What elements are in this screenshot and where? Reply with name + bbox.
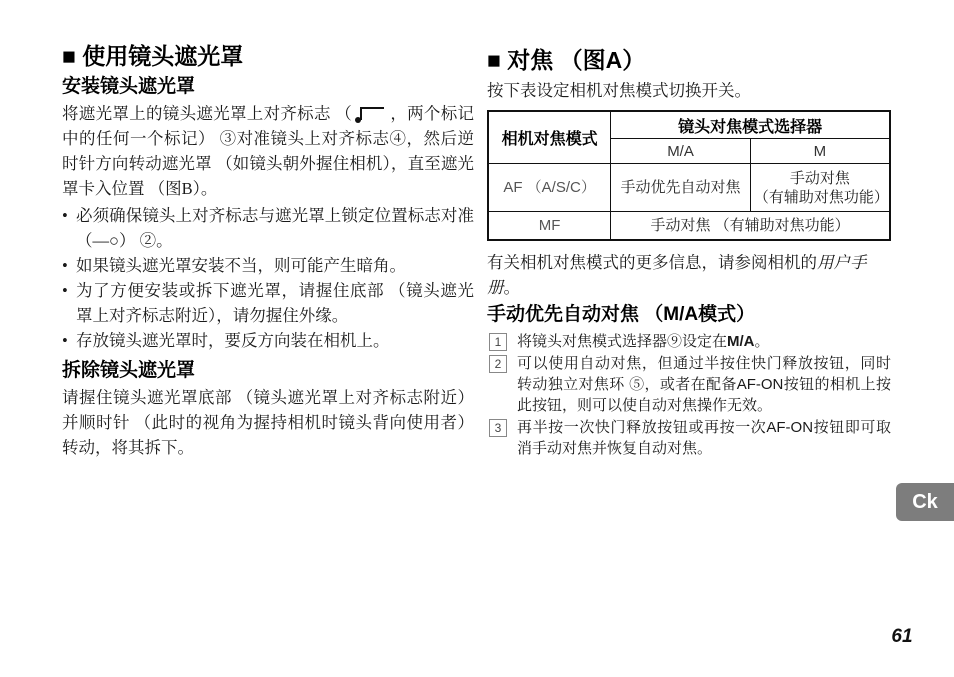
manual-page: ■ 使用镜头遮光罩 安装镜头遮光罩 将遮光罩上的镜头遮光罩上对齐标志 （，两个标… [0, 0, 954, 677]
left-column: ■ 使用镜头遮光罩 安装镜头遮光罩 将遮光罩上的镜头遮光罩上对齐标志 （，两个标… [62, 42, 474, 460]
step-text-bold: M/A [727, 333, 755, 350]
detach-paragraph: 请握住镜头遮光罩底部 （镜头遮光罩上对齐标志附近）并顺时针 （此时的视角为握持相… [62, 385, 474, 460]
bullet-icon: • [62, 253, 76, 278]
page-number: 61 [872, 626, 932, 648]
step-number-box: 3 [489, 419, 507, 437]
table-row: 相机对焦模式 镜头对焦模式选择器 [488, 111, 890, 139]
list-item: • 必须确保镜头上对齐标志与遮光罩上锁定位置标志对准 （—○） ②。 [62, 203, 474, 253]
list-item-step: 3 再半按一次快门释放按钮或再按一次AF-ON按钮即可取消手动对焦并恢复自动对焦… [487, 417, 891, 459]
focus-mode-table: 相机对焦模式 镜头对焦模式选择器 M/A M AF （A/S/C） 手动优先自动… [487, 110, 891, 241]
table-header-ma: M/A [611, 139, 751, 164]
table-header-lens-focus-selector: 镜头对焦模式选择器 [611, 111, 890, 139]
heading-detach-hood: 拆除镜头遮光罩 [62, 359, 474, 383]
table-cell-af-m-line2: （有辅助对焦功能） [754, 188, 886, 207]
heading-ma-mode: 手动优先自动对焦 （M/A模式） [487, 303, 891, 327]
table-row: MF 手动对焦 （有辅助对焦功能） [488, 212, 890, 241]
list-item: • 如果镜头遮光罩安装不当，则可能产生暗角。 [62, 253, 474, 278]
step-text-post: 。 [755, 333, 770, 350]
list-item-step: 2 可以使用自动对焦，但通过半按住快门释放按钮，同时转动独立对焦环 ⑤，或者在配… [487, 353, 891, 416]
right-column: ■ 对焦 （图A） 按下表设定相机对焦模式切换开关。 相机对焦模式 镜头对焦模式… [487, 46, 891, 460]
attach-paragraph-text-1: 将遮光罩上的镜头遮光罩上对齐标志 （ [62, 104, 352, 123]
list-item-step: 1 将镜头对焦模式选择器⑨设定在M/A。 [487, 331, 891, 352]
ma-steps-list: 1 将镜头对焦模式选择器⑨设定在M/A。 2 可以使用自动对焦，但通过半按住快门… [487, 331, 891, 459]
step-text-pre: 将镜头对焦模式选择器⑨设定在 [517, 333, 727, 350]
focus-note-text-1: 有关相机对焦模式的更多信息，请参阅相机的 [487, 253, 817, 272]
table-cell-af-m: 手动对焦 （有辅助对焦功能） [750, 164, 890, 212]
list-item: • 存放镜头遮光罩时，要反方向装在相机上。 [62, 328, 474, 353]
attach-paragraph: 将遮光罩上的镜头遮光罩上对齐标志 （，两个标记中的任何一个标记） ③对准镜头上对… [62, 101, 474, 201]
table-cell-mf-span: 手动对焦 （有辅助对焦功能） [611, 212, 890, 241]
list-item: • 为了方便安装或拆下遮光罩，请握住底部 （镜头遮光罩上对齐标志附近），请勿握住… [62, 278, 474, 328]
bullet-icon: • [62, 328, 76, 353]
step-text: 可以使用自动对焦，但通过半按住快门释放按钮，同时转动独立对焦环 ⑤，或者在配备A… [517, 353, 891, 416]
attach-notes-list: • 必须确保镜头上对齐标志与遮光罩上锁定位置标志对准 （—○） ②。 • 如果镜… [62, 203, 474, 353]
bullet-text: 存放镜头遮光罩时，要反方向装在相机上。 [76, 328, 474, 353]
section-title-lens-hood: ■ 使用镜头遮光罩 [62, 42, 474, 70]
focus-note-text-2: 。 [504, 278, 521, 297]
step-number-box: 2 [489, 355, 507, 373]
bullet-icon: • [62, 278, 76, 328]
table-cell-af-m-line1: 手动对焦 [754, 169, 886, 188]
table-cell-mf-mode: MF [488, 212, 611, 241]
step-text: 再半按一次快门释放按钮或再按一次AF-ON按钮即可取消手动对焦并恢复自动对焦。 [517, 417, 891, 459]
language-tab-ck: Ck [896, 483, 954, 521]
bullet-icon: • [62, 203, 76, 253]
bullet-text: 如果镜头遮光罩安装不当，则可能产生暗角。 [76, 253, 474, 278]
bullet-text: 必须确保镜头上对齐标志与遮光罩上锁定位置标志对准 （—○） ②。 [76, 203, 474, 253]
section-title-focus: ■ 对焦 （图A） [487, 46, 891, 74]
focus-intro-text: 按下表设定相机对焦模式切换开关。 [487, 79, 891, 103]
bullet-text: 为了方便安装或拆下遮光罩，请握住底部 （镜头遮光罩上对齐标志附近），请勿握住外缘… [76, 278, 474, 328]
heading-attach-hood: 安装镜头遮光罩 [62, 75, 474, 99]
focus-note: 有关相机对焦模式的更多信息，请参阅相机的用户手册。 [487, 250, 891, 300]
table-header-m: M [750, 139, 890, 164]
table-cell-af-mode: AF （A/S/C） [488, 164, 611, 212]
table-cell-af-ma: 手动优先自动对焦 [611, 164, 751, 212]
hood-alignment-mark-icon [360, 107, 384, 120]
table-row: AF （A/S/C） 手动优先自动对焦 手动对焦 （有辅助对焦功能） [488, 164, 890, 212]
table-header-camera-focus-mode: 相机对焦模式 [488, 111, 611, 164]
step-text: 将镜头对焦模式选择器⑨设定在M/A。 [517, 331, 891, 352]
step-number-box: 1 [489, 333, 507, 351]
